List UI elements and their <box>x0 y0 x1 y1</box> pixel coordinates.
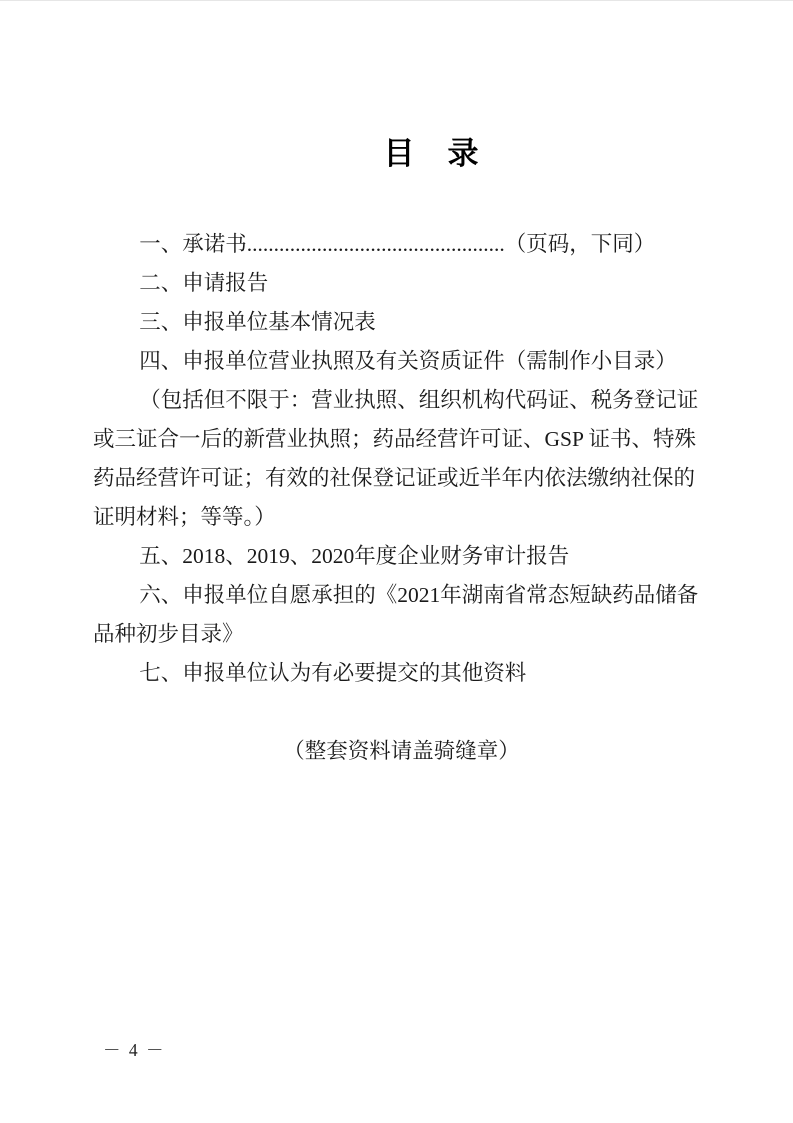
toc-line-6: 或三证合一后的新营业执照；药品经营许可证、GSP 证书、特殊 <box>93 420 710 459</box>
toc-line-10: 六、申报单位自愿承担的《2021年湖南省常态短缺药品储备 <box>93 576 710 615</box>
toc-line-9: 五、2018、2019、2020年度企业财务审计报告 <box>93 537 710 576</box>
toc-line-4: 四、申报单位营业执照及有关资质证件（需制作小目录） <box>93 342 710 381</box>
toc-line-5: （包括但不限于：营业执照、组织机构代码证、税务登记证 <box>93 381 710 420</box>
document-page: 目 录 一、承诺书...............................… <box>0 0 793 1123</box>
toc-line-1: 一、承诺书...................................… <box>93 225 710 264</box>
toc-line-12: 七、申报单位认为有必要提交的其他资料 <box>93 654 710 693</box>
toc-note-stamp: （整套资料请盖骑缝章） <box>93 732 710 771</box>
toc-line-11: 品种初步目录》 <box>93 615 710 654</box>
page-title: 目 录 <box>123 132 740 176</box>
toc-line-3: 三、申报单位基本情况表 <box>93 303 710 342</box>
page-number: － 4 － <box>103 1037 166 1062</box>
table-of-contents: 一、承诺书...................................… <box>93 225 710 771</box>
toc-line-7: 药品经营许可证；有效的社保登记证或近半年内依法缴纳社保的 <box>93 459 710 498</box>
toc-line-8: 证明材料；等等。） <box>93 498 710 537</box>
toc-line-2: 二、申请报告 <box>93 264 710 303</box>
